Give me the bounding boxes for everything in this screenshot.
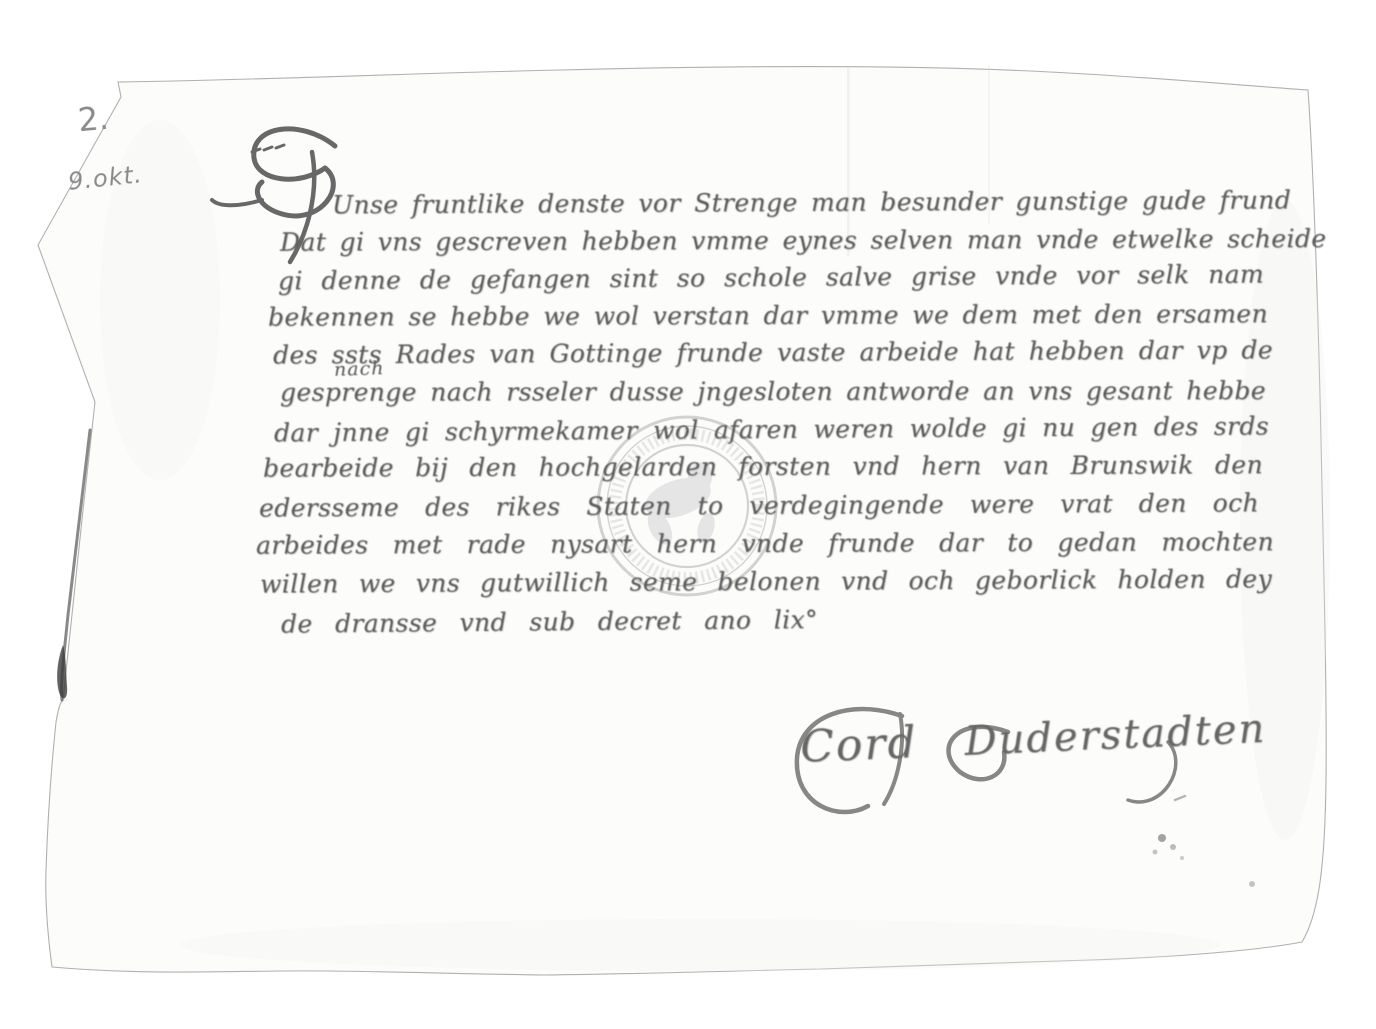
interline-insertion: nach [334, 357, 385, 381]
left-edge-ink-blob [57, 645, 67, 698]
scanned-document: 2. 9.okt. Unse fruntlike denste vor Stre… [0, 0, 1376, 1029]
manuscript-line-1: Unse fruntlike denste vor Strenge man be… [332, 186, 1272, 220]
manuscript-line-5: des ssts Rades van Gottinge frunde vaste… [273, 335, 1273, 369]
manuscript-line-12: de dransse vnd sub decret ano lix° [281, 604, 901, 638]
manuscript-line-2: Dat gi vns gescreven hebben vmme eynes s… [280, 224, 1270, 256]
signature-given-name: Cord [799, 717, 918, 773]
manuscript-line-11: willen we vns gutwillich seme belonen vn… [260, 564, 1272, 598]
archival-number: 2. [76, 99, 110, 140]
manuscript-line-10: arbeides met rade nysart hern vnde frund… [256, 527, 1274, 560]
manuscript-line-8: bearbeide bij den hochgelarden forsten v… [263, 450, 1263, 482]
manuscript-line-4: bekennen se hebbe we wol verstan dar vmm… [268, 299, 1268, 331]
manuscript-line-6: gesprenge nach rsseler dusse jngesloten … [280, 376, 1265, 407]
manuscript-line-9: edersseme des rikes Staten to verdeginge… [259, 488, 1259, 522]
